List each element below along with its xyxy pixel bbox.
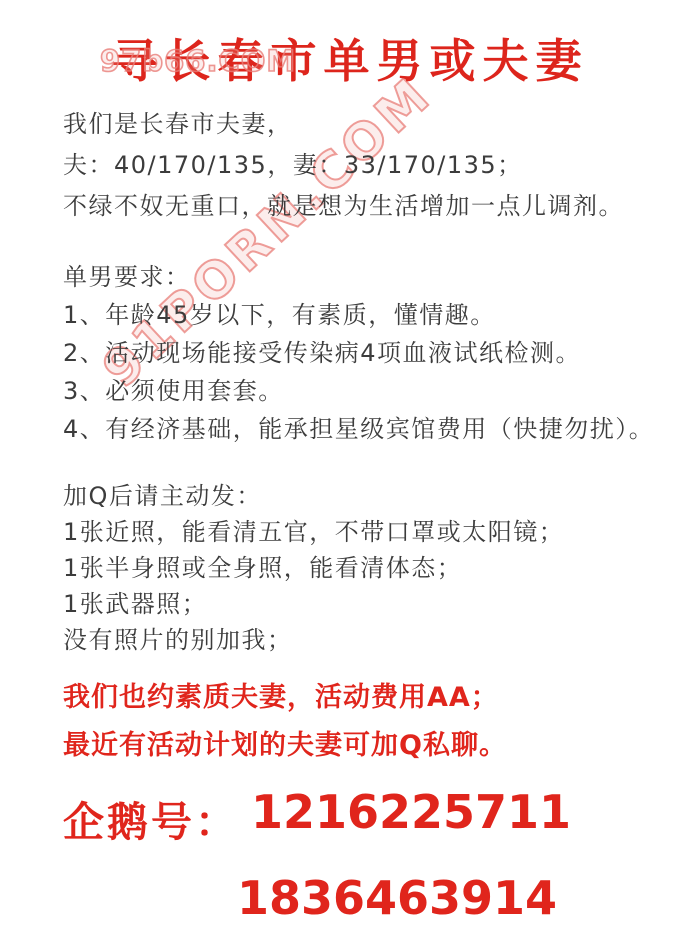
photo-item-4: 没有照片的别加我； <box>63 622 670 658</box>
requirements-section: 单男要求： 1、年龄45岁以下，有素质，懂情趣。 2、活动现场能接受传染病4项血… <box>63 258 670 448</box>
requirements-heading: 单男要求： <box>63 258 670 296</box>
photo-item-1: 1张近照，能看清五官，不带口罩或太阳镜； <box>63 514 670 550</box>
requirement-item-3: 3、必须使用套套。 <box>63 372 670 410</box>
couple-note-line-2: 最近有活动计划的夫妻可加Q私聊。 <box>63 722 670 770</box>
contact-label: 企鹅号： <box>63 786 239 848</box>
contact-row-secondary: 1836463914 <box>63 872 670 924</box>
contact-section: 企鹅号： 1216225711 1836463914 <box>63 786 670 924</box>
poster-page: 97b66.COM 91PORN.COM 寻长春市单男或夫妻 我们是长春市夫妻，… <box>0 0 700 934</box>
requirement-item-2: 2、活动现场能接受传染病4项血液试纸检测。 <box>63 334 670 372</box>
qq-number-primary: 1216225711 <box>251 786 571 838</box>
requirement-item-4: 4、有经济基础，能承担星级宾馆费用（快捷勿扰）。 <box>63 410 670 448</box>
requirement-item-1: 1、年龄45岁以下，有素质，懂情趣。 <box>63 296 670 334</box>
intro-line-1: 我们是长春市夫妻， <box>63 104 670 145</box>
photo-request-section: 加Q后请主动发： 1张近照，能看清五官，不带口罩或太阳镜； 1张半身照或全身照，… <box>63 478 670 658</box>
couple-note-line-1: 我们也约素质夫妻，活动费用AA； <box>63 674 670 722</box>
intro-line-3: 不绿不奴无重口，就是想为生活增加一点儿调剂。 <box>63 186 670 227</box>
intro-section: 我们是长春市夫妻， 夫：40/170/135，妻：33/170/135； 不绿不… <box>63 104 670 227</box>
contact-row-primary: 企鹅号： 1216225711 <box>63 786 670 848</box>
photo-item-2: 1张半身照或全身照，能看清体态； <box>63 550 670 586</box>
qq-number-secondary: 1836463914 <box>237 871 557 925</box>
intro-line-2: 夫：40/170/135，妻：33/170/135； <box>63 145 670 186</box>
photo-item-3: 1张武器照； <box>63 586 670 622</box>
couple-note-section: 我们也约素质夫妻，活动费用AA； 最近有活动计划的夫妻可加Q私聊。 <box>63 674 670 770</box>
page-title: 寻长春市单男或夫妻 <box>0 36 700 86</box>
photo-request-heading: 加Q后请主动发： <box>63 478 670 514</box>
